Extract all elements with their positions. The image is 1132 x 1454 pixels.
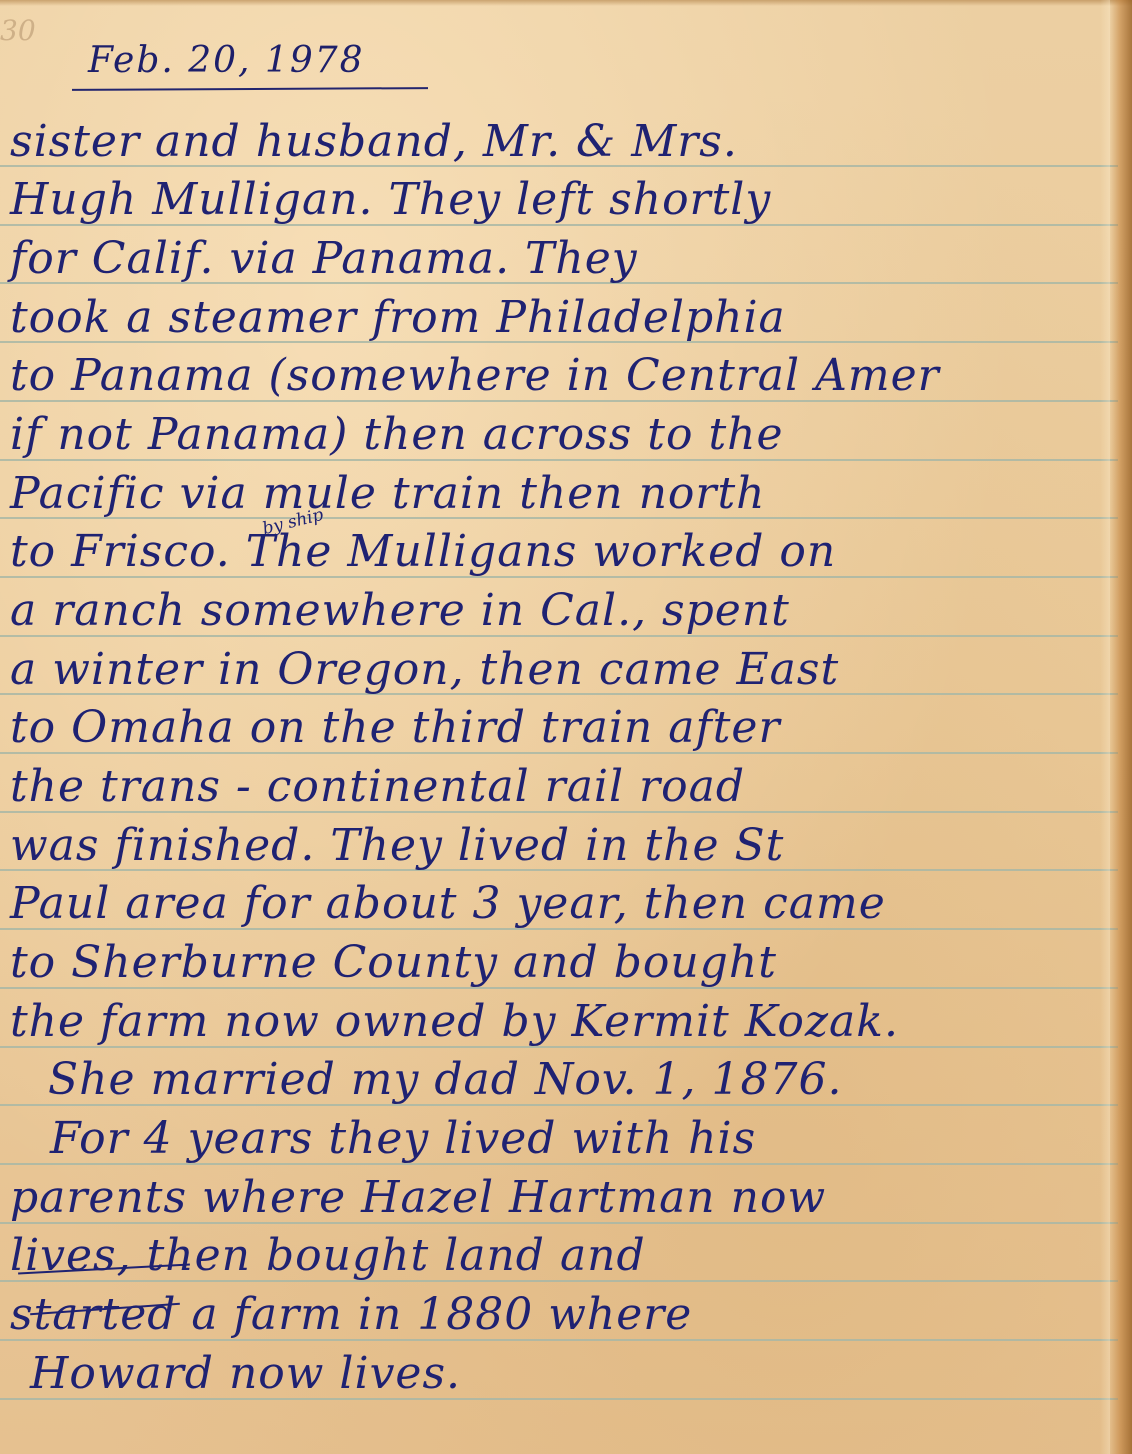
text-line: to Omaha on the third train after — [10, 706, 781, 750]
text-line: the farm now owned by Kermit Kozak. — [10, 1000, 899, 1044]
spine-highlight — [1100, 0, 1110, 1454]
date-underline — [72, 87, 428, 91]
spine-shadow — [1110, 0, 1132, 1454]
text-line: took a steamer from Philadelphia — [10, 296, 786, 340]
text-line: Paul area for about 3 year, then came — [10, 882, 886, 926]
text-line: Pacific via mule train then north — [10, 472, 765, 516]
text-line: to Panama (somewhere in Central Amer — [10, 354, 940, 398]
entry-date: Feb. 20, 1978 — [88, 40, 365, 81]
text-line: She married my dad Nov. 1, 1876. — [48, 1058, 842, 1102]
text-line: the trans - continental rail road — [10, 765, 745, 809]
text-line: to Frisco. The Mulligans worked on — [10, 530, 836, 574]
text-line: parents where Hazel Hartman now — [10, 1176, 826, 1220]
text-line: sister and husband, Mr. & Mrs. — [10, 120, 738, 164]
text-line: a winter in Oregon, then came East — [10, 648, 839, 692]
text-line: to Sherburne County and bought — [10, 941, 777, 985]
page-top-edge — [0, 0, 1132, 6]
text-line: For 4 years they lived with his — [50, 1117, 756, 1161]
text-line: started a farm in 1880 where — [10, 1293, 692, 1337]
text-line: was finished. They lived in the St — [10, 824, 784, 868]
text-line: Hugh Mulligan. They left shortly — [10, 178, 771, 222]
page-number: 30 — [0, 14, 36, 47]
text-line: Howard now lives. — [30, 1352, 461, 1396]
text-line: for Calif. via Panama. They — [10, 237, 638, 281]
text-line: if not Panama) then across to the — [10, 413, 784, 457]
text-line: a ranch somewhere in Cal., spent — [10, 589, 790, 633]
journal-page: 30 Feb. 20, 1978 sister and husband, Mr.… — [0, 0, 1132, 1454]
text-line: lives, then bought land and — [10, 1234, 646, 1278]
